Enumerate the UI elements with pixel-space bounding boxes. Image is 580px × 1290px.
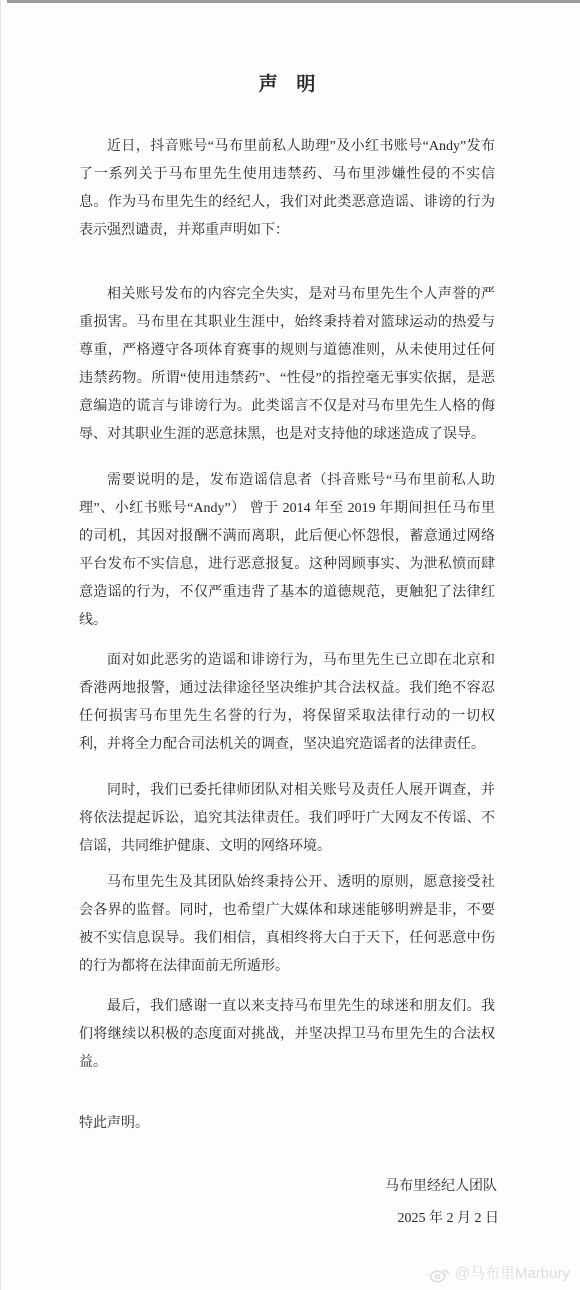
watermark-text: @马布里Marbury: [455, 1264, 570, 1284]
closing-line: 特此声明。: [79, 1110, 495, 1138]
weibo-watermark: @马布里Marbury: [429, 1264, 570, 1284]
paragraph-7: 最后，我们感谢一直以来支持马布里先生的球迷和朋友们。我们将继续以积极的态度面对挑…: [79, 993, 495, 1077]
paragraph-5: 同时，我们已委托律师团队对相关账号及责任人展开调查，并将依法提起诉讼，追究其法律…: [79, 777, 495, 861]
paragraph-4: 面对如此恶劣的造谣和诽谤行为，马布里先生已立即在北京和香港两地报警，通过法律途径…: [79, 647, 495, 759]
statement-document: 声 明 近日，抖音账号“马布里前私人助理”及小红书账号“Andy”发布了一系列关…: [0, 0, 580, 1290]
paragraph-2: 相关账号发布的内容完全失实，是对马布里先生个人声誉的严重损害。马布里在其职业生涯…: [79, 281, 495, 449]
signature-line: 马布里经纪人团队: [79, 1173, 497, 1201]
date-line: 2025 年 2 月 2 日: [79, 1205, 499, 1233]
weibo-icon: [429, 1265, 451, 1283]
document-title: 声 明: [79, 75, 495, 95]
paragraph-1: 近日，抖音账号“马布里前私人助理”及小红书账号“Andy”发布了一系列关于马布里…: [79, 133, 495, 245]
top-edge-strip: [7, 0, 580, 3]
paragraph-3: 需要说明的是，发布造谣信息者（抖音账号“马布里前私人助理”、小红书账号“Andy…: [79, 467, 495, 635]
paragraph-6: 马布里先生及其团队始终秉持公开、透明的原则，愿意接受社会各界的监督。同时，也希望…: [79, 869, 495, 981]
